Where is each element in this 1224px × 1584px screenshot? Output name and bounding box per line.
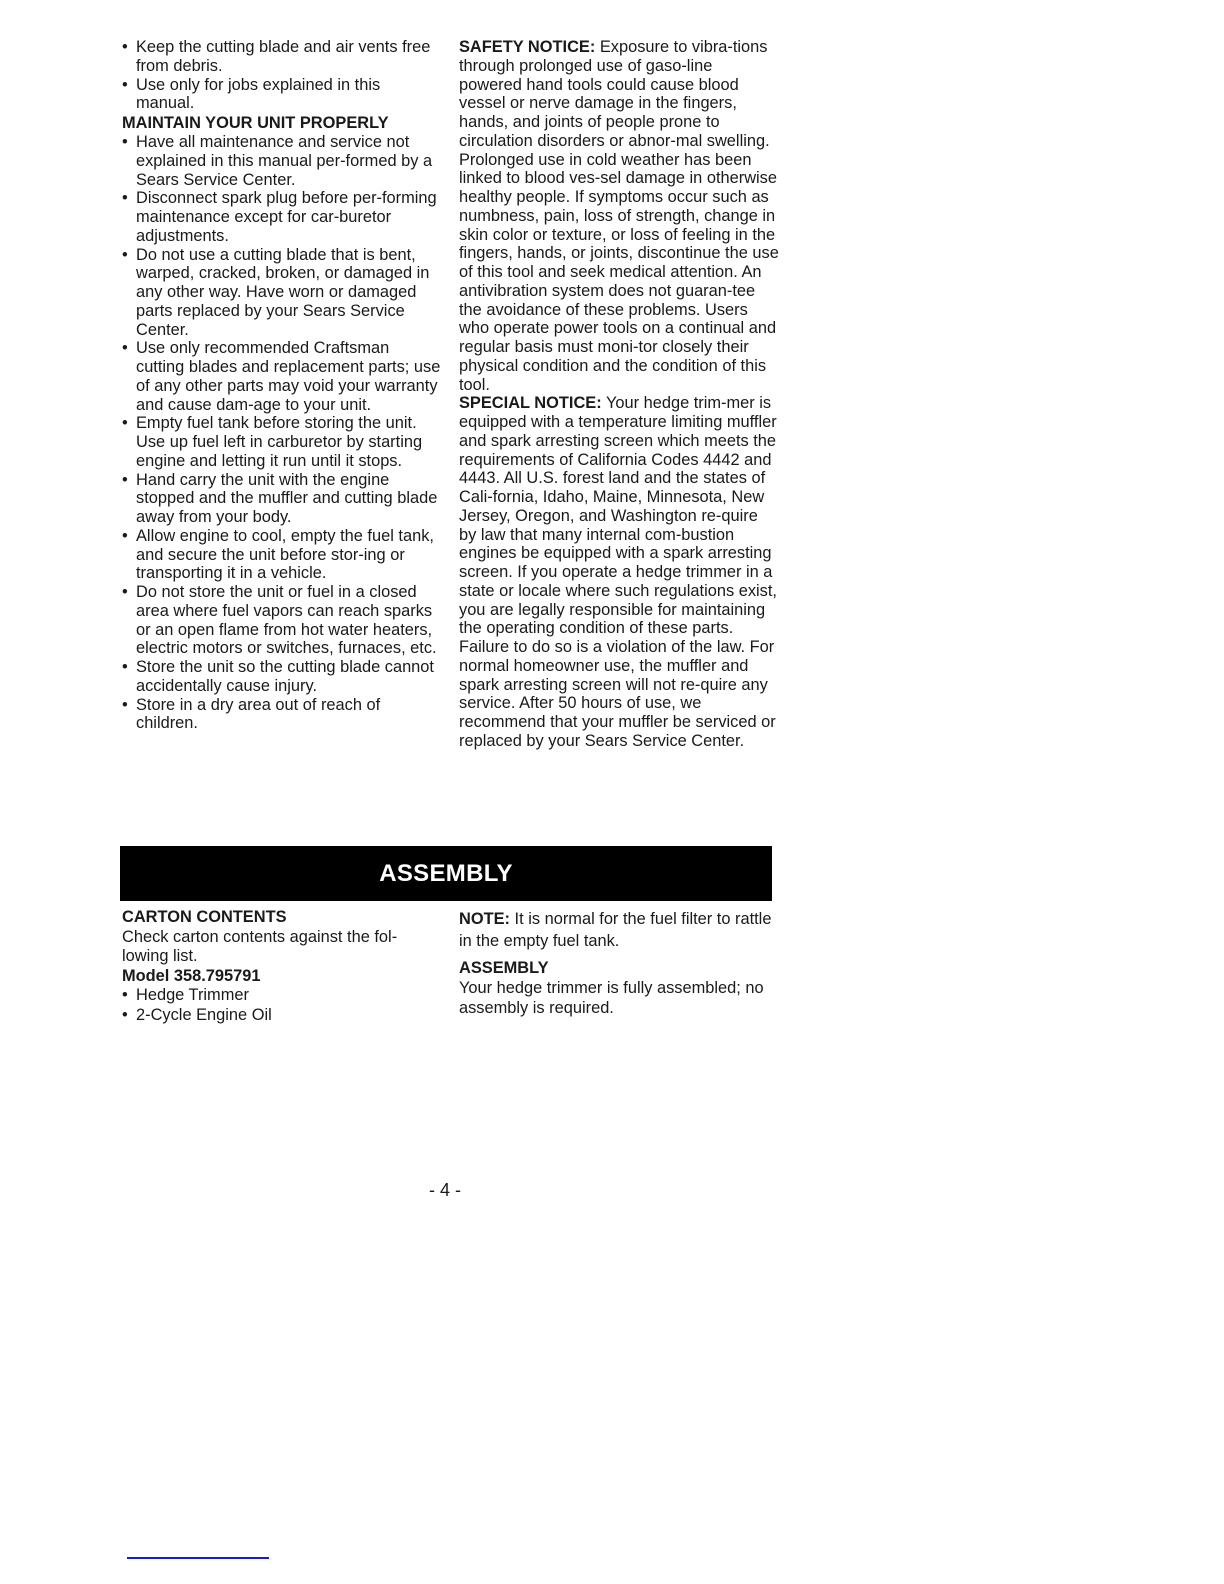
maintain-bullet-list: •Have all maintenance and service not ex… [122, 133, 442, 733]
bullet-icon: • [122, 583, 128, 602]
list-item: •Do not use a cutting blade that is bent… [122, 246, 442, 340]
right-column: SAFETY NOTICE: Exposure to vibra-tions t… [459, 38, 779, 751]
bullet-icon: • [122, 76, 128, 95]
special-notice: SPECIAL NOTICE: Your hedge trim-mer is e… [459, 394, 779, 750]
carton-contents-text: Check carton contents against the fol-lo… [122, 928, 442, 967]
bullet-icon: • [122, 133, 128, 152]
assembly-banner: ASSEMBLY [120, 846, 772, 901]
list-item: •Allow engine to cool, empty the fuel ta… [122, 527, 442, 583]
intro-bullet-list: •Keep the cutting blade and air vents fr… [122, 38, 442, 113]
special-notice-text: Your hedge trim-mer is equipped with a t… [459, 394, 777, 750]
bullet-icon: • [122, 658, 128, 677]
carton-contents-section: CARTON CONTENTS Check carton contents ag… [122, 908, 442, 1025]
fuel-filter-note: NOTE: It is normal for the fuel filter t… [459, 908, 779, 952]
note-label: NOTE: [459, 910, 510, 928]
bullet-icon: • [122, 246, 128, 265]
bullet-icon: • [122, 986, 128, 1006]
banner-title: ASSEMBLY [379, 860, 513, 888]
bullet-icon: • [122, 414, 128, 433]
maintain-heading: MAINTAIN YOUR UNIT PROPERLY [122, 113, 442, 133]
list-item: •Disconnect spark plug before per-formin… [122, 189, 442, 245]
bullet-icon: • [122, 527, 128, 546]
list-item: •Keep the cutting blade and air vents fr… [122, 38, 442, 76]
model-number: Model 358.795791 [122, 967, 442, 987]
list-item: •Store the unit so the cutting blade can… [122, 658, 442, 696]
bullet-icon: • [122, 471, 128, 490]
list-item: •Do not store the unit or fuel in a clos… [122, 583, 442, 658]
bullet-icon: • [122, 1006, 128, 1026]
footer-rule [127, 1557, 269, 1559]
special-notice-label: SPECIAL NOTICE: [459, 394, 602, 412]
safety-notice-label: SAFETY NOTICE: [459, 38, 595, 56]
bullet-icon: • [122, 38, 128, 57]
list-item: •Have all maintenance and service not ex… [122, 133, 442, 189]
list-item: •Empty fuel tank before storing the unit… [122, 414, 442, 470]
list-item: •Store in a dry area out of reach of chi… [122, 696, 442, 734]
list-item: •Use only recommended Craftsman cutting … [122, 339, 442, 414]
assembly-heading: ASSEMBLY [459, 958, 779, 978]
left-column: •Keep the cutting blade and air vents fr… [122, 38, 442, 733]
list-item: •Hedge Trimmer [122, 986, 442, 1006]
bullet-icon: • [122, 696, 128, 715]
assembly-text: Your hedge trimmer is fully assembled; n… [459, 978, 779, 1018]
carton-items-list: •Hedge Trimmer •2-Cycle Engine Oil [122, 986, 442, 1025]
bullet-icon: • [122, 189, 128, 208]
safety-notice-text: Exposure to vibra-tions through prolonge… [459, 38, 779, 394]
safety-notice: SAFETY NOTICE: Exposure to vibra-tions t… [459, 38, 779, 394]
page-number: - 4 - [0, 1180, 890, 1201]
list-item: •Hand carry the unit with the engine sto… [122, 471, 442, 527]
list-item: •2-Cycle Engine Oil [122, 1006, 442, 1026]
list-item: •Use only for jobs explained in this man… [122, 76, 442, 114]
carton-contents-heading: CARTON CONTENTS [122, 908, 442, 928]
assembly-notes-section: NOTE: It is normal for the fuel filter t… [459, 908, 779, 1018]
bullet-icon: • [122, 339, 128, 358]
